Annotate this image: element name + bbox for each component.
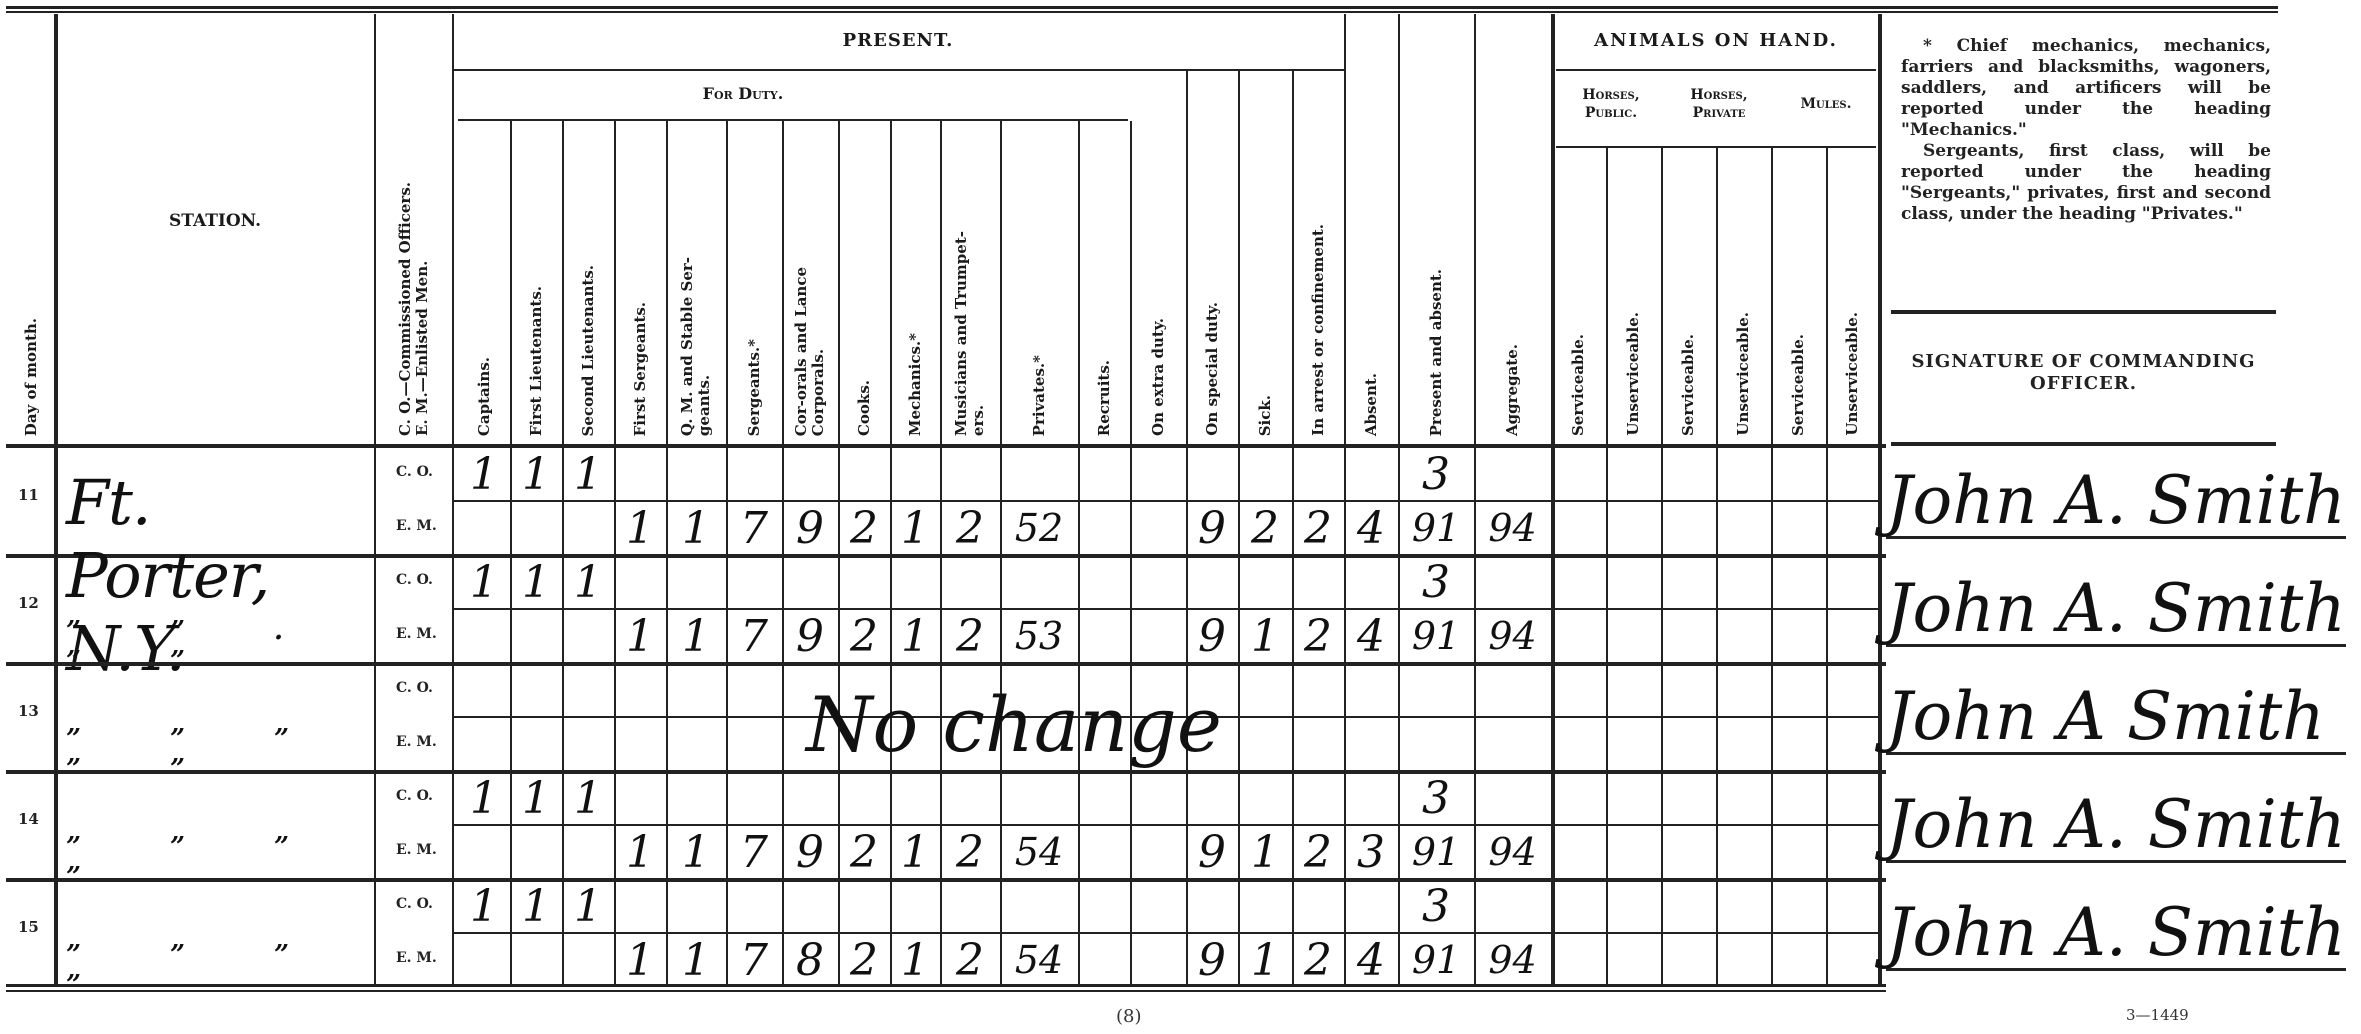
cell-second-lieutenants: 1 [562, 880, 614, 932]
divider-class [452, 14, 454, 984]
commanding-officer-signature: John A. Smith [1886, 898, 2346, 971]
cell-first-lieutenants: 1 [510, 880, 562, 932]
cell-sick: 1 [1238, 934, 1292, 986]
day-number: 14 [18, 810, 39, 828]
top-border-rule [6, 6, 2278, 13]
rule-for-duty [458, 119, 1128, 121]
commissioned-officers-label: C. O. [396, 788, 433, 804]
form-number: 3—1449 [2126, 1006, 2189, 1024]
cell-present-and-absent: 3 [1398, 448, 1474, 500]
cell-privates: 53 [1000, 610, 1078, 662]
cell-cooks: 2 [838, 502, 890, 554]
station-header: STATION. [58, 211, 372, 231]
cell-first-lieutenants: 1 [510, 448, 562, 500]
column-header-absent: Absent. [1344, 76, 1398, 436]
cell-present-and-absent: 3 [1398, 880, 1474, 932]
column-header-hv-serviceable: Serviceable. [1661, 154, 1716, 436]
column-header-privates: Privates.* [1000, 126, 1078, 436]
column-header-qm-stable-sergeants: Q. M. and Stable Ser- geants. [666, 126, 726, 436]
cell-privates: 52 [1000, 502, 1078, 554]
cell-arrest: 2 [1292, 502, 1344, 554]
column-header-hp-unserviceable: Unserviceable. [1606, 154, 1661, 436]
divider-station [374, 14, 376, 984]
station-entry: ” ” . ” ” [66, 616, 366, 676]
cell-first-lieutenants: 1 [510, 556, 562, 608]
footnote-sergeants: Sergeants, first class, will be reported… [1901, 141, 2271, 225]
commanding-officer-signature: John A. Smith [1886, 790, 2346, 863]
day-number: 15 [18, 918, 39, 936]
column-header-m-serviceable: Serviceable. [1771, 154, 1826, 436]
column-divider [562, 121, 564, 984]
enlisted-men-label: E. M. [396, 734, 437, 750]
cell-captains: 1 [458, 448, 510, 500]
rule-animals [1556, 69, 1876, 71]
cell-sergeants: 7 [726, 934, 782, 986]
cell-present-and-absent: 91 [1398, 826, 1474, 878]
rule-header-bottom [6, 444, 1886, 448]
class-legend-header: C. O.—Commissioned Officers. E. M.—Enlis… [378, 66, 450, 436]
column-divider [1771, 148, 1773, 984]
cell-privates: 54 [1000, 934, 1078, 986]
cell-first-sergeants: 1 [614, 502, 666, 554]
horses-private-header: Horses, Private [1666, 86, 1772, 122]
cell-cooks: 2 [838, 826, 890, 878]
cell-qm-stable-sergeants: 1 [666, 502, 726, 554]
cell-aggregate: 94 [1474, 502, 1551, 554]
cell-aggregate: 94 [1474, 610, 1551, 662]
cell-present-and-absent: 91 [1398, 934, 1474, 986]
column-divider [1878, 148, 1880, 984]
cell-sick: 1 [1238, 610, 1292, 662]
column-header-sergeants: Sergeants.* [726, 126, 782, 436]
column-divider [1078, 121, 1080, 984]
column-header-hv-unserviceable: Unserviceable. [1716, 154, 1771, 436]
cell-sergeants: 7 [726, 826, 782, 878]
cell-corporals: 8 [782, 934, 838, 986]
cell-sergeants: 7 [726, 610, 782, 662]
cell-cooks: 2 [838, 934, 890, 986]
column-header-musicians: Musicians and Trumpet- ers. [940, 126, 1000, 436]
cell-qm-stable-sergeants: 1 [666, 826, 726, 878]
cell-absent: 4 [1344, 610, 1398, 662]
cell-special-duty: 9 [1186, 502, 1238, 554]
column-header-present-and-absent: Present and absent. [1398, 76, 1474, 436]
cell-absent: 3 [1344, 826, 1398, 878]
divider-day [54, 14, 58, 984]
cell-absent: 4 [1344, 934, 1398, 986]
day-number: 11 [18, 486, 39, 504]
day-of-month-header: Day of month. [10, 126, 52, 436]
day-number: 13 [18, 702, 39, 720]
column-divider [510, 121, 512, 984]
column-header-first-lieutenants: First Lieutenants. [510, 126, 562, 436]
commissioned-officers-label: C. O. [396, 572, 433, 588]
cell-second-lieutenants: 1 [562, 448, 614, 500]
rule-present [452, 69, 1344, 71]
station-entry: ” ” ” ” ” [66, 724, 366, 784]
column-header-first-sergeants: First Sergeants. [614, 126, 666, 436]
column-header-cooks: Cooks. [838, 126, 890, 436]
column-header-m-unserviceable: Unserviceable. [1826, 154, 1878, 436]
column-divider [1661, 148, 1663, 984]
column-divider [1130, 121, 1132, 984]
cell-present-and-absent: 3 [1398, 556, 1474, 608]
footnote-mechanics: * Chief mechanics, mechanics, farriers a… [1901, 36, 2271, 141]
commissioned-officers-label: C. O. [396, 680, 433, 696]
cell-first-lieutenants: 1 [510, 772, 562, 824]
cell-arrest: 2 [1292, 826, 1344, 878]
footnote: * Chief mechanics, mechanics, farriers a… [1901, 36, 2271, 225]
cell-mechanics: 1 [890, 826, 940, 878]
cell-corporals: 9 [782, 502, 838, 554]
cell-corporals: 9 [782, 826, 838, 878]
commanding-officer-signature: John A. Smith [1886, 466, 2346, 539]
column-header-second-lieutenants: Second Lieutenants. [562, 126, 614, 436]
column-header-recruits: Recruits. [1078, 126, 1130, 436]
no-change-note: No change [806, 680, 1222, 769]
column-divider [1716, 148, 1718, 984]
cell-captains: 1 [458, 556, 510, 608]
animals-group-header: ANIMALS ON HAND. [1556, 30, 1876, 51]
cell-present-and-absent: 91 [1398, 502, 1474, 554]
cell-musicians: 2 [940, 934, 1000, 986]
mules-header: Mules. [1774, 96, 1878, 112]
column-header-captains: Captains. [458, 126, 510, 436]
signature-header: SIGNATURE OF COMMANDING OFFICER. [1896, 351, 2271, 395]
cell-mechanics: 1 [890, 502, 940, 554]
commanding-officer-signature: John A. Smith [1886, 574, 2346, 647]
cell-sick: 2 [1238, 502, 1292, 554]
column-divider [1551, 71, 1553, 984]
rule-signature-header-bottom [1891, 442, 2276, 446]
cell-special-duty: 9 [1186, 934, 1238, 986]
column-header-extra-duty: On extra duty. [1130, 76, 1186, 436]
enlisted-men-label: E. M. [396, 842, 437, 858]
cell-aggregate: 94 [1474, 934, 1551, 986]
morning-report-form: PRESENT. For Duty. ANIMALS ON HAND. Hors… [6, 6, 2278, 996]
cell-first-sergeants: 1 [614, 610, 666, 662]
column-header-special-duty: On special duty. [1186, 76, 1238, 436]
cell-present-and-absent: 3 [1398, 772, 1474, 824]
day-number: 12 [18, 594, 39, 612]
commissioned-officers-label: C. O. [396, 896, 433, 912]
station-entry: ” ” ” ” [66, 832, 366, 892]
for-duty-group-header: For Duty. [458, 84, 1028, 103]
horses-public-header: Horses, Public. [1558, 86, 1664, 122]
cell-sergeants: 7 [726, 502, 782, 554]
cell-captains: 1 [458, 772, 510, 824]
cell-captains: 1 [458, 880, 510, 932]
column-header-mechanics: Mechanics.* [890, 126, 940, 436]
commanding-officer-signature: John A Smith [1886, 682, 2346, 755]
cell-qm-stable-sergeants: 1 [666, 610, 726, 662]
column-divider [1606, 148, 1608, 984]
enlisted-men-label: E. M. [396, 626, 437, 642]
cell-first-sergeants: 1 [614, 826, 666, 878]
enlisted-men-label: E. M. [396, 518, 437, 534]
cell-musicians: 2 [940, 610, 1000, 662]
cell-absent: 4 [1344, 502, 1398, 554]
column-header-sick: Sick. [1238, 76, 1292, 436]
enlisted-men-label: E. M. [396, 950, 437, 966]
column-divider [1826, 148, 1828, 984]
commissioned-officers-label: C. O. [396, 464, 433, 480]
column-header-corporals: Cor-orals and Lance Corporals. [782, 126, 838, 436]
column-header-arrest: In arrest or confinement. [1292, 76, 1344, 436]
cell-privates: 54 [1000, 826, 1078, 878]
cell-musicians: 2 [940, 502, 1000, 554]
cell-second-lieutenants: 1 [562, 556, 614, 608]
column-header-aggregate: Aggregate. [1474, 76, 1551, 436]
present-group-header: PRESENT. [458, 30, 1338, 51]
cell-second-lieutenants: 1 [562, 772, 614, 824]
bottom-border-rule [6, 984, 1886, 992]
cell-special-duty: 9 [1186, 826, 1238, 878]
cell-musicians: 2 [940, 826, 1000, 878]
cell-arrest: 2 [1292, 610, 1344, 662]
cell-corporals: 9 [782, 610, 838, 662]
cell-cooks: 2 [838, 610, 890, 662]
cell-special-duty: 9 [1186, 610, 1238, 662]
cell-first-sergeants: 1 [614, 934, 666, 986]
column-header-hp-serviceable: Serviceable. [1551, 154, 1606, 436]
cell-sick: 1 [1238, 826, 1292, 878]
page-number: (8) [1116, 1006, 1142, 1027]
rule-footnote-bottom [1891, 310, 2276, 314]
cell-arrest: 2 [1292, 934, 1344, 986]
cell-aggregate: 94 [1474, 826, 1551, 878]
cell-present-and-absent: 91 [1398, 610, 1474, 662]
cell-mechanics: 1 [890, 934, 940, 986]
cell-mechanics: 1 [890, 610, 940, 662]
cell-qm-stable-sergeants: 1 [666, 934, 726, 986]
